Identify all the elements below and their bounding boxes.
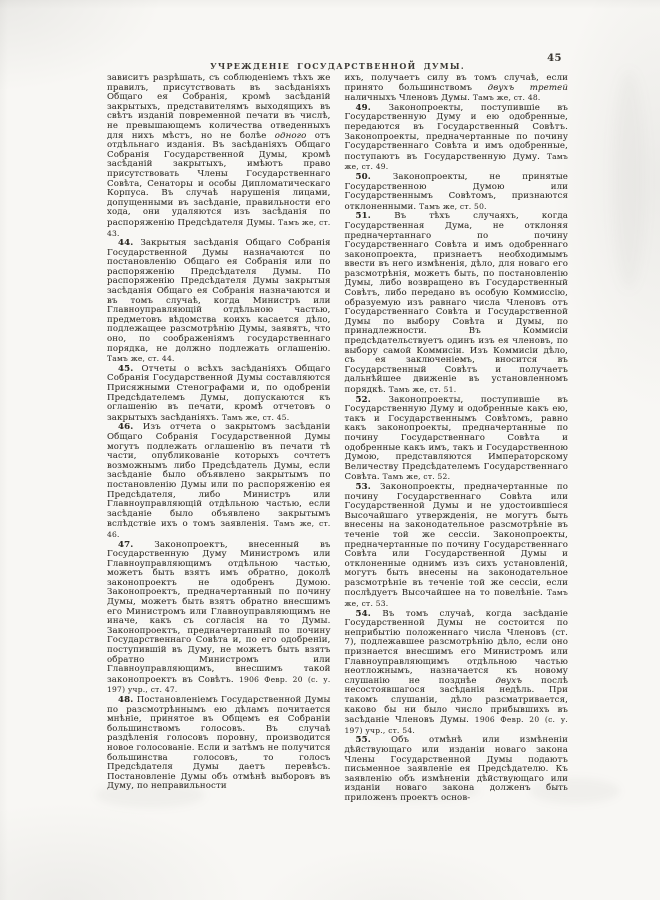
article-number: 55.	[356, 735, 392, 745]
article-number: 46.	[118, 422, 143, 432]
article-number: 47.	[118, 540, 154, 550]
source-ref: Тамъ же, ст. 48.	[473, 93, 541, 102]
source-ref: Тамъ же, ст. 46.	[107, 519, 331, 539]
paragraph: 45. Отчеты о всѣхъ засѣданіяхъ Общаго Со…	[107, 365, 331, 424]
article-number: 49.	[356, 103, 389, 113]
paragraph: 55. Объ отмѣнѣ или измѣненіи дѣйствующаг…	[345, 736, 569, 803]
article-number: 45.	[118, 364, 141, 374]
page-number: 45	[547, 53, 562, 64]
article-number: 53.	[356, 482, 381, 492]
source-ref: Тамъ же, ст. 50.	[419, 202, 487, 211]
article-number: 48.	[118, 695, 137, 705]
running-head: УЧРЕЖДЕНІЕ ГОСУДАРСТВЕННОЙ ДУМЫ. 45	[107, 54, 568, 68]
paragraph: 54. Въ томъ случаѣ, когда засѣданіе Госу…	[345, 610, 569, 737]
source-ref: 1906 Февр. 20 (с. у. 197) учр., ст. 54.	[345, 715, 569, 735]
source-ref: Тамъ же, ст. 45.	[222, 413, 290, 422]
paragraph: 48. Постановленіемъ Государственной Думы…	[107, 696, 331, 792]
source-ref: Тамъ же, ст. 44.	[107, 354, 175, 363]
document-page: УЧРЕЖДЕНІЕ ГОСУДАРСТВЕННОЙ ДУМЫ. 45 зави…	[0, 0, 660, 900]
paragraph: 47. Законопроектъ, внесенный въ Государс…	[107, 541, 331, 697]
source-ref: Тамъ же, ст. 52.	[383, 472, 451, 481]
paragraph: зависитъ разрѣшать, съ соблюденіемъ тѣхъ…	[107, 74, 331, 239]
article-number: 52.	[356, 395, 389, 405]
text-block: зависитъ разрѣшать, съ соблюденіемъ тѣхъ…	[107, 74, 568, 804]
paragraph: 46. Изъ отчета о закрытомъ засѣданіи Общ…	[107, 423, 331, 540]
text-column-right: ихъ, получаетъ силу въ томъ случаѣ, если…	[345, 74, 569, 804]
paragraph: 49. Законопроекты, поступившіе въ Госуда…	[345, 104, 569, 173]
article-number: 54.	[356, 609, 383, 619]
source-ref: 1906 Февр. 20 (с. у. 197) учр., ст. 47.	[107, 675, 331, 695]
text-column-left: зависитъ разрѣшать, съ соблюденіемъ тѣхъ…	[107, 74, 331, 804]
paragraph: 51. Въ тѣхъ случаяхъ, когда Государствен…	[345, 212, 569, 395]
scan-edge-shadow	[612, 70, 646, 290]
paragraph: 50. Законопроекты, не принятые Государст…	[345, 173, 569, 212]
article-number: 44.	[118, 238, 140, 248]
paragraph: 44. Закрытыя засѣданія Общаго Собранія Г…	[107, 239, 331, 365]
source-ref: Тамъ же, ст. 49.	[345, 152, 569, 172]
paragraph: ихъ, получаетъ силу въ томъ случаѣ, если…	[345, 74, 569, 104]
source-ref: Тамъ же, ст. 53.	[345, 588, 569, 608]
source-ref: Тамъ же, ст. 51.	[389, 385, 457, 394]
article-number: 51.	[356, 211, 395, 221]
source-ref: Тамъ же, ст. 43.	[107, 218, 331, 238]
paragraph: 53. Законопроекты, предначертанные по по…	[345, 483, 569, 610]
article-number: 50.	[356, 172, 393, 182]
page-header-title: УЧРЕЖДЕНІЕ ГОСУДАРСТВЕННОЙ ДУМЫ.	[210, 61, 465, 71]
paragraph: 52. Законопроекты, поступившіе въ Госуда…	[345, 396, 569, 483]
